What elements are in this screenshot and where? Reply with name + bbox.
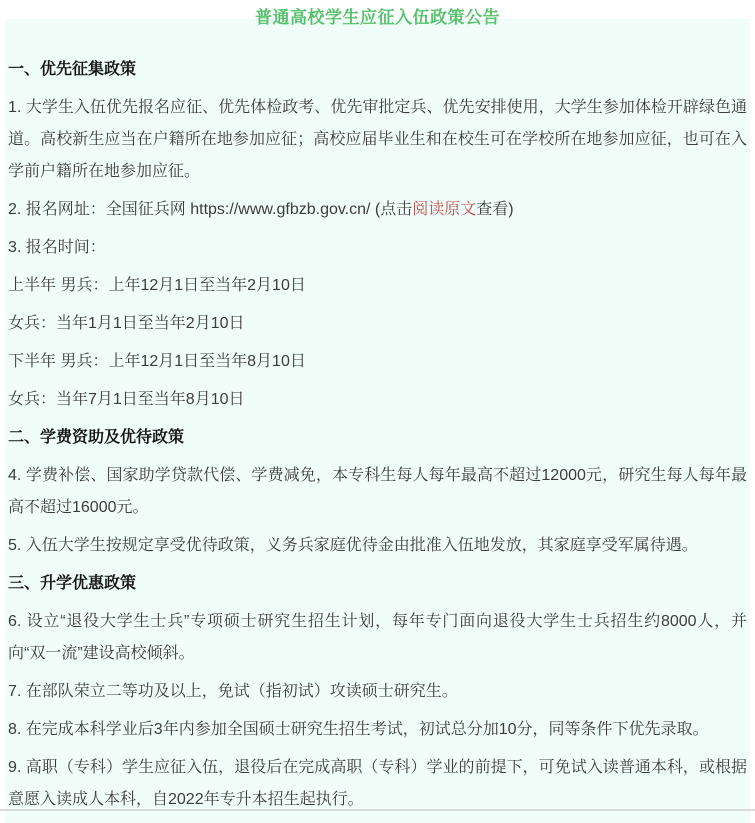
paragraph-2: 2. 报名网址：全国征兵网 https://www.gfbzb.gov.cn/ … — [8, 194, 747, 226]
article-title: 普通高校学生应征入伍政策公告 — [0, 6, 755, 30]
article-card: 一、优先征集政策 1. 大学生入伍优先报名应征、优先体检政考、优先审批定兵、优先… — [5, 19, 750, 823]
section-heading-priority-enlistment: 一、优先征集政策 — [8, 54, 747, 86]
signup-time-second-half-male: 下半年 男兵：上年12月1日至当年8月10日 — [8, 346, 747, 378]
paragraph-7: 7. 在部队荣立二等功及以上，免试（指初试）攻读硕士研究生。 — [8, 676, 747, 708]
paragraph-6: 6. 设立“退役大学生士兵”专项硕士研究生招生计划，每年专门面向退役大学生士兵招… — [8, 606, 747, 670]
bottom-divider — [0, 809, 755, 811]
paragraph-1: 1. 大学生入伍优先报名应征、优先体检政考、优先审批定兵、优先安排使用，大学生参… — [8, 92, 747, 188]
paragraph-8: 8. 在完成本科学业后3年内参加全国硕士研究生招生考试，初试总分加10分，同等条… — [8, 714, 747, 746]
paragraph-3: 3. 报名时间： — [8, 232, 747, 264]
paragraph-9: 9. 高职（专科）学生应征入伍，退役后在完成高职（专科）学业的前提下，可免试入读… — [8, 752, 747, 816]
paragraph-4: 4. 学费补偿、国家助学贷款代偿、学费减免，本专科生每人每年最高不超过12000… — [8, 460, 747, 524]
paragraph-2-pre: 2. 报名网址：全国征兵网 https://www.gfbzb.gov.cn/ … — [8, 201, 412, 218]
signup-time-first-half-male: 上半年 男兵：上年12月1日至当年2月10日 — [8, 270, 747, 302]
read-original-link[interactable]: 阅读原文 — [412, 201, 476, 218]
signup-time-first-half-female: 女兵：当年1月1日至当年2月10日 — [8, 308, 747, 340]
paragraph-2-post: 查看) — [476, 201, 513, 218]
paragraph-5: 5. 入伍大学生按规定享受优待政策，义务兵家庭优待金由批准入伍地发放，其家庭享受… — [8, 530, 747, 562]
section-heading-tuition-aid: 二、学费资助及优待政策 — [8, 422, 747, 454]
article-content: 一、优先征集政策 1. 大学生入伍优先报名应征、优先体检政考、优先审批定兵、优先… — [8, 54, 747, 822]
signup-time-second-half-female: 女兵：当年7月1日至当年8月10日 — [8, 384, 747, 416]
section-heading-further-study: 三、升学优惠政策 — [8, 568, 747, 600]
